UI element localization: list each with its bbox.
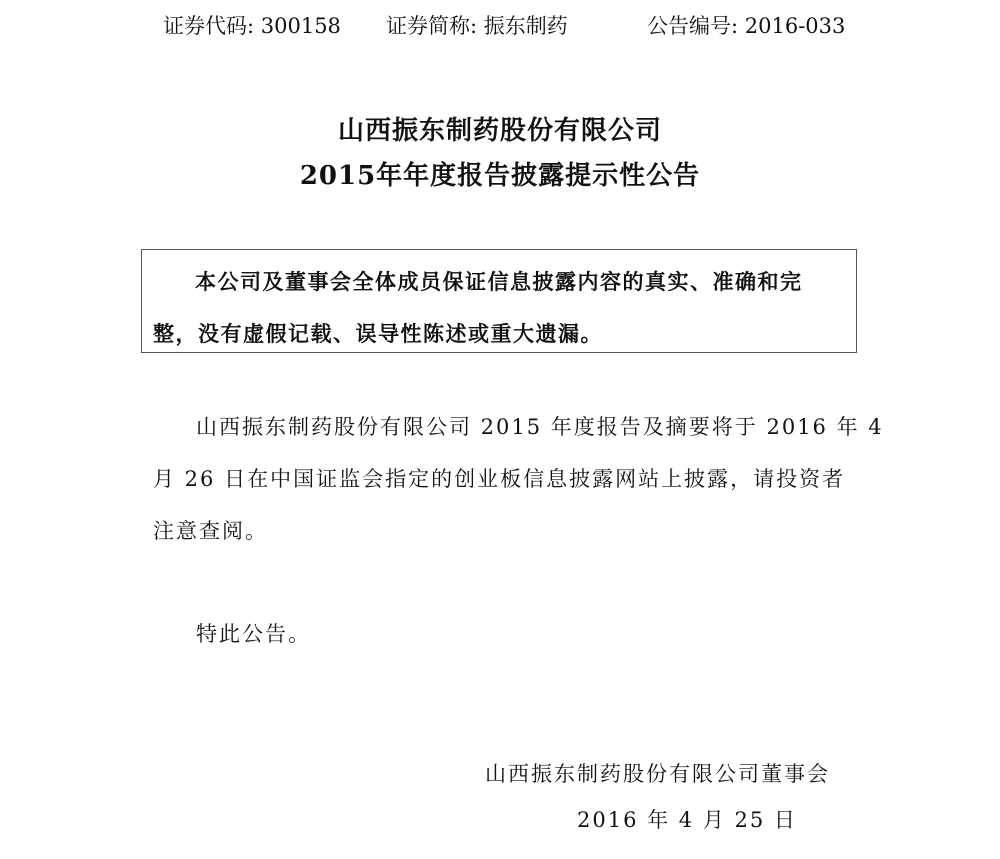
title-announcement: 2015年年度报告披露提示性公告 [0,155,1000,192]
signature-date: 2016 年 4 月 25 日 [577,804,797,834]
signature-company: 山西振东制药股份有限公司董事会 [485,758,830,788]
notice-number: 公告编号: 2016-033 [647,10,845,40]
body-line-1: 山西振东制药股份有限公司 2015 年度报告及摘要将于 2016 年 4 [196,411,884,441]
stock-name: 证券简称: 振东制药 [386,10,568,40]
disclaimer-line-1: 本公司及董事会全体成员保证信息披露内容的真实、准确和完 [195,266,803,296]
body-line-2: 月 26 日在中国证监会指定的创业板信息披露网站上披露，请投资者 [153,463,845,493]
body-line-3: 注意查阅。 [153,515,268,545]
disclaimer-line-2: 整，没有虚假记载、误导性陈述或重大遗漏。 [153,318,603,348]
title-company: 山西振东制药股份有限公司 [0,110,1000,147]
closing-text: 特此公告。 [196,618,311,648]
stock-code: 证券代码: 300158 [163,10,341,40]
